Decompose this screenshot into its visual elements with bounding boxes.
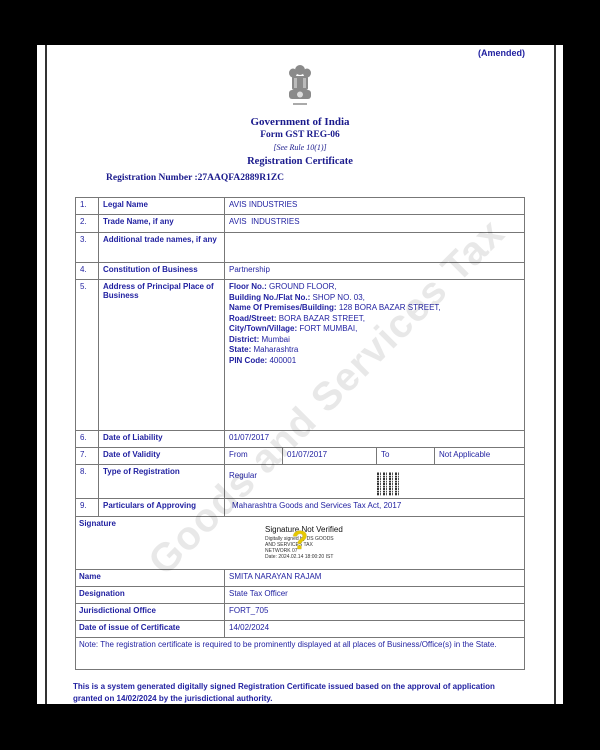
- officer-label: Name: [76, 570, 225, 587]
- table-row: 3. Additional trade names, if any: [76, 233, 525, 263]
- officer-row: Jurisdictional Office FORT_705: [76, 604, 525, 621]
- system-generated-footer: This is a system generated digitally sig…: [73, 681, 523, 704]
- government-heading: Government of India: [37, 116, 563, 128]
- certificate-page: (Amended) Government of India Form GST R…: [37, 45, 563, 704]
- row-number: 2.: [76, 215, 99, 233]
- approving-act-value: Maharashtra Goods and Services Tax Act, …: [225, 499, 525, 517]
- date-of-liability-value: 01/07/2017: [225, 431, 525, 448]
- signature-row: Signature Signature Not Verified Digital…: [76, 517, 525, 570]
- officer-name-value: SMITA NARAYAN RAJAM: [225, 570, 525, 587]
- row-number: 6.: [76, 431, 99, 448]
- note-row: Note: The registration certificate is re…: [76, 638, 525, 670]
- additional-trade-names-value: [225, 233, 525, 263]
- address-line: City/Town/Village: FORT MUMBAI,: [229, 324, 520, 335]
- address-line: Building No./Flat No.: SHOP NO. 03,: [229, 293, 520, 304]
- row-label: Additional trade names, if any: [99, 233, 225, 263]
- registration-number: Registration Number :27AAQFA2889R1ZC: [106, 173, 284, 183]
- qr-code-icon: [377, 472, 401, 496]
- address-line: Name Of Premises/Building: 128 BORA BAZA…: [229, 303, 520, 314]
- signature-cell: Signature Signature Not Verified Digital…: [76, 517, 525, 570]
- row-label: Particulars of Approving: [99, 499, 225, 517]
- jurisdictional-office-value: FORT_705: [225, 604, 525, 621]
- row-label: Address of Principal Place of Business: [99, 280, 225, 431]
- table-row: 8. Type of Registration Regular: [76, 465, 525, 499]
- address-line: Floor No.: GROUND FLOOR,: [229, 282, 520, 293]
- address-line: PIN Code: 400001: [229, 356, 520, 367]
- question-mark-icon: ?: [292, 527, 308, 553]
- address-line: District: Mumbai: [229, 335, 520, 346]
- row-number: 7.: [76, 448, 99, 465]
- table-row: 2. Trade Name, if any AVIS INDUSTRIES: [76, 215, 525, 233]
- issue-date-value: 14/02/2024: [225, 621, 525, 638]
- row-label: Trade Name, if any: [99, 215, 225, 233]
- registration-type-cell: Regular: [225, 465, 525, 499]
- trade-name-value: AVIS INDUSTRIES: [225, 215, 525, 233]
- row-label: Legal Name: [99, 198, 225, 215]
- row-number: 4.: [76, 263, 99, 280]
- validity-from-label: From: [225, 448, 283, 465]
- officer-row: Date of issue of Certificate 14/02/2024: [76, 621, 525, 638]
- address-line: Road/Street: BORA BAZAR STREET,: [229, 314, 520, 325]
- table-row: 9. Particulars of Approving Maharashtra …: [76, 499, 525, 517]
- table-row: 1. Legal Name AVIS INDUSTRIES: [76, 198, 525, 215]
- details-table: 1. Legal Name AVIS INDUSTRIES 2. Trade N…: [75, 197, 525, 670]
- officer-label: Designation: [76, 587, 225, 604]
- row-number: 3.: [76, 233, 99, 263]
- validity-from-value: 01/07/2017: [283, 448, 377, 465]
- row-label: Constitution of Business: [99, 263, 225, 280]
- constitution-value: Partnership: [225, 263, 525, 280]
- validity-to-value: Not Applicable: [435, 448, 525, 465]
- certificate-title: Registration Certificate: [37, 156, 563, 167]
- table-row: 4. Constitution of Business Partnership: [76, 263, 525, 280]
- registration-type-value: Regular: [229, 467, 520, 480]
- rule-reference: [See Rule 10(1)]: [37, 143, 563, 152]
- row-label: Type of Registration: [99, 465, 225, 499]
- address-value: Floor No.: GROUND FLOOR, Building No./Fl…: [225, 280, 525, 431]
- row-number: 8.: [76, 465, 99, 499]
- officer-row: Name SMITA NARAYAN RAJAM: [76, 570, 525, 587]
- display-note: Note: The registration certificate is re…: [76, 638, 525, 670]
- legal-name-value: AVIS INDUSTRIES: [225, 198, 525, 215]
- designation-value: State Tax Officer: [225, 587, 525, 604]
- amended-label: (Amended): [478, 48, 525, 58]
- row-number: 1.: [76, 198, 99, 215]
- validity-to-label: To: [377, 448, 435, 465]
- address-line: State: Maharashtra: [229, 345, 520, 356]
- officer-row: Designation State Tax Officer: [76, 587, 525, 604]
- state-emblem-icon: [284, 63, 316, 109]
- officer-label: Date of issue of Certificate: [76, 621, 225, 638]
- table-row: 5. Address of Principal Place of Busines…: [76, 280, 525, 431]
- row-number: 9.: [76, 499, 99, 517]
- form-heading: Form GST REG-06: [37, 130, 563, 140]
- table-row: 7. Date of Validity From 01/07/2017 To N…: [76, 448, 525, 465]
- row-number: 5.: [76, 280, 99, 431]
- officer-label: Jurisdictional Office: [76, 604, 225, 621]
- table-row: 6. Date of Liability 01/07/2017: [76, 431, 525, 448]
- row-label: Date of Validity: [99, 448, 225, 465]
- row-label: Date of Liability: [99, 431, 225, 448]
